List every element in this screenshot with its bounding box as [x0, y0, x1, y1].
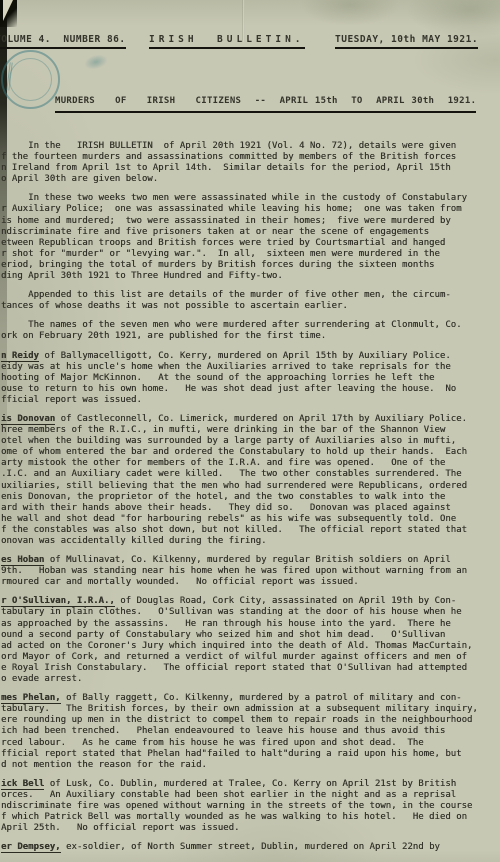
- text-line: arty mistook the other for members of th…: [1, 458, 500, 469]
- text-line: rmoured car and mortally wounded. No off…: [1, 577, 500, 588]
- text-line: tabulary in plain clothes. O'Sullivan wa…: [1, 607, 500, 618]
- text-line: ome of whom entered the bar and ordered …: [1, 447, 500, 458]
- paragraph-clonmult: The names of the seven men who were murd…: [1, 320, 500, 342]
- text-line: ich had been trenched. Phelan endeavoure…: [1, 726, 500, 737]
- entry-first-rest: of Castleconnell, Co. Limerick, murdered…: [55, 414, 467, 424]
- entry-first-line: mes Phelan, of Bally raggett, Co. Kilken…: [1, 693, 500, 704]
- text-line: is home and murdered; two were assassina…: [1, 216, 500, 227]
- entry-first-rest: of Lusk, Co. Dublin, murdered at Tralee,…: [44, 779, 456, 789]
- victim-name: mes Phelan,: [1, 693, 61, 704]
- entry-lines: tabulary in plain clothes. O'Sullivan wa…: [1, 607, 500, 685]
- text-line: ndiscriminate fire and five prisoners ta…: [1, 227, 500, 238]
- text-line: In these two weeks two men were assassin…: [1, 193, 500, 204]
- text-line: n Ireland from April 1st to April 14th. …: [1, 163, 500, 174]
- masthead-date: TUESDAY, 10th MAY 1921.: [335, 34, 478, 49]
- text-line: fficial report stated that Phelan had"fa…: [1, 749, 500, 760]
- entry-first-rest: ex-soldier, of North Summer street, Dubl…: [61, 842, 440, 852]
- page-corner-fold: [3, 0, 13, 21]
- text-line: otel when the building was surrounded by…: [1, 436, 500, 447]
- text-line: tances of whose deaths it was not possib…: [1, 301, 500, 312]
- document-body: In the IRISH BULLETIN of April 20th 1921…: [1, 141, 500, 861]
- victim-name: ick Bell: [1, 779, 44, 790]
- text-line: orces. An Auxiliary constable had been s…: [1, 790, 500, 801]
- text-line: as approached by the assassins. He ran t…: [1, 619, 500, 630]
- entry-lines: eidy was at his uncle's home when the Au…: [1, 362, 500, 406]
- masthead-title: IRISH BULLETIN.: [149, 34, 305, 49]
- masthead-volume: VOLUME 4. NUMBER 86.: [0, 34, 126, 49]
- text-line: eidy was at his uncle's home when the Au…: [1, 362, 500, 373]
- paragraph-appended: Appended to this list are details of the…: [1, 290, 500, 312]
- text-line: he wall and shot dead "for harbouring re…: [1, 514, 500, 525]
- entry-first-line: ick Bell of Lusk, Co. Dublin, murdered a…: [1, 779, 500, 790]
- entry-first-rest: of Douglas Road, Cork City, assassinated…: [115, 596, 456, 606]
- entry-lines: 9th. Hoban was standing near his home wh…: [1, 566, 500, 588]
- text-line: uxiliaries, still believing that the men…: [1, 481, 500, 492]
- masthead: VOLUME 4. NUMBER 86. IRISH BULLETIN. TUE…: [0, 34, 500, 50]
- entry-donovan: is Donovan of Castleconnell, Co. Limeric…: [1, 414, 500, 547]
- text-line: o evade arrest.: [1, 674, 500, 685]
- text-line: ouse to return to his own home. He was s…: [1, 384, 500, 395]
- text-line: r Auxiliary Police; one was assassinated…: [1, 204, 500, 215]
- text-line: rced labour. As he came from his house h…: [1, 738, 500, 749]
- entry-bell: ick Bell of Lusk, Co. Dublin, murdered a…: [1, 779, 500, 834]
- ink-stamp: [1, 50, 60, 109]
- entry-hoban: es Hoban of Mullinavat, Co. Kilkenny, mu…: [1, 555, 500, 588]
- entry-first-rest: of Ballymacelligott, Co. Kerry, murdered…: [39, 351, 451, 361]
- text-line: ding April 30th 1921 to Three Hundred an…: [1, 271, 500, 282]
- entry-reidy: n Reidy of Ballymacelligott, Co. Kerry, …: [1, 351, 500, 406]
- paragraph-summary: In these two weeks two men were assassin…: [1, 193, 500, 282]
- text-line: fficial report was issued.: [1, 395, 500, 406]
- text-line: hooting of Major McKinnon. At the sound …: [1, 373, 500, 384]
- text-line: ard with their hands above their heads. …: [1, 503, 500, 514]
- text-line: ork on February 20th 1921, are published…: [1, 331, 500, 342]
- text-line: etween Republican troops and British for…: [1, 238, 500, 249]
- entry-first-rest: of Bally raggett, Co. Kilkenny, murdered…: [61, 693, 462, 703]
- entry-first-line: r O'Sullivan, I.R.A., of Douglas Road, C…: [1, 596, 500, 607]
- headline: MURDERS OF IRISH CITIZENS -- APRIL 15th …: [55, 96, 476, 113]
- text-line: tabulary. The British forces, by their o…: [1, 704, 500, 715]
- text-line: d not mention the reason for the raid.: [1, 760, 500, 771]
- entry-lines: orces. An Auxiliary constable had been s…: [1, 790, 500, 834]
- text-line: .I.C. and an Auxiliary cadet were killed…: [1, 469, 500, 480]
- text-line: ord Mayor of Cork, and returned a verdic…: [1, 652, 500, 663]
- text-line: eriod, bringing the total of murders by …: [1, 260, 500, 271]
- victim-name: n Reidy: [1, 351, 39, 362]
- entry-dempsey: er Dempsey, ex-soldier, of North Summer …: [1, 842, 500, 853]
- text-line: ad acted on the Coroner's Jury which inq…: [1, 641, 500, 652]
- text-line: April 25th. No official report was issue…: [1, 823, 500, 834]
- text-line: In the IRISH BULLETIN of April 20th 1921…: [1, 141, 500, 152]
- text-line: ndiscriminate fire was opened without wa…: [1, 801, 500, 812]
- text-line: onovan was accidentally killed during th…: [1, 536, 500, 547]
- text-line: e Royal Irish Constabulary. The official…: [1, 663, 500, 674]
- document-page: VOLUME 4. NUMBER 86. IRISH BULLETIN. TUE…: [0, 0, 500, 862]
- text-line: f which Patrick Bell was mortally wounde…: [1, 812, 500, 823]
- entry-first-line: n Reidy of Ballymacelligott, Co. Kerry, …: [1, 351, 500, 362]
- entry-first-rest: of Mullinavat, Co. Kilkenny, murdered by…: [44, 555, 450, 565]
- text-line: f the fourteen murders and assassination…: [1, 152, 500, 163]
- entry-first-line: is Donovan of Castleconnell, Co. Limeric…: [1, 414, 500, 425]
- text-line: r shot for "murder" or "levying war.". I…: [1, 249, 500, 260]
- text-line: ound a second party of Constabulary who …: [1, 630, 500, 641]
- text-line: f the constables was also shot down, but…: [1, 525, 500, 536]
- entry-lines: tabulary. The British forces, by their o…: [1, 704, 500, 771]
- entry-osullivan: r O'Sullivan, I.R.A., of Douglas Road, C…: [1, 596, 500, 685]
- text-line: Appended to this list are details of the…: [1, 290, 500, 301]
- victim-name: is Donovan: [1, 414, 55, 425]
- paragraph-intro: In the IRISH BULLETIN of April 20th 1921…: [1, 141, 500, 185]
- victim-name: es Hoban: [1, 555, 44, 566]
- entry-first-line: er Dempsey, ex-soldier, of North Summer …: [1, 842, 500, 853]
- text-line: enis Donovan, the proprietor of the hote…: [1, 492, 500, 503]
- text-line: 9th. Hoban was standing near his home wh…: [1, 566, 500, 577]
- text-line: o April 30th are given below.: [1, 174, 500, 185]
- entry-lines: hree members of the R.I.C., in mufti, we…: [1, 425, 500, 547]
- text-line: The names of the seven men who were murd…: [1, 320, 500, 331]
- text-line: ere rounding up men in the district to c…: [1, 715, 500, 726]
- text-line: hree members of the R.I.C., in mufti, we…: [1, 425, 500, 436]
- ink-smudge: [83, 52, 110, 72]
- entry-first-line: es Hoban of Mullinavat, Co. Kilkenny, mu…: [1, 555, 500, 566]
- victim-name: r O'Sullivan, I.R.A.,: [1, 596, 115, 607]
- entry-phelan: mes Phelan, of Bally raggett, Co. Kilken…: [1, 693, 500, 771]
- victim-name: er Dempsey,: [1, 842, 61, 853]
